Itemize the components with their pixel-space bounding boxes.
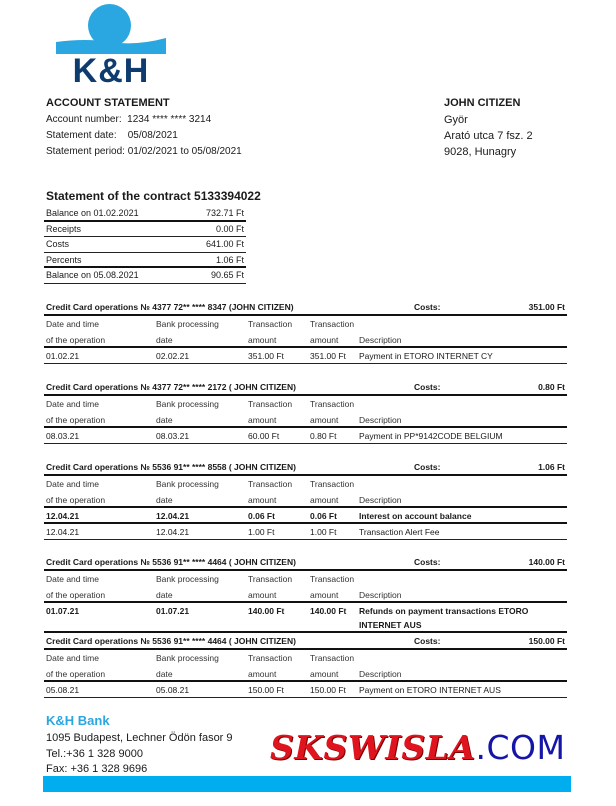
col-amount2-header-2: amount: [310, 590, 338, 600]
section-title: Credit Card operations № 4377 72** **** …: [46, 382, 296, 392]
col-amount-header: Transaction: [248, 479, 292, 489]
column-headers: Date and timeof the operationBank proces…: [44, 316, 567, 348]
col-amount-header: Transaction: [248, 399, 292, 409]
col-amount2-header: Transaction: [310, 574, 354, 584]
col-amount-header: Transaction: [248, 319, 292, 329]
cell-description: Payment in PP*9142CODE BELGIUM: [359, 431, 503, 441]
col-processing-header: Bank processing: [156, 319, 219, 329]
cell-date: 05.08.21: [46, 685, 79, 695]
col-amount-header: Transaction: [248, 653, 292, 663]
col-date-header: Date and time: [46, 574, 99, 584]
balance-label: Balance on 05.08.2021: [46, 268, 139, 283]
costs-label: Costs:: [414, 302, 440, 312]
balance-value: 90.65 Ft: [211, 268, 244, 283]
balance-row: Receipts0.00 Ft: [44, 222, 246, 238]
col-date-header: Date and time: [46, 479, 99, 489]
bank-tel: Tel.:+36 1 328 9000: [46, 747, 233, 763]
section-title: Credit Card operations № 5536 91** **** …: [46, 557, 296, 567]
statement-title: ACCOUNT STATEMENT: [46, 96, 242, 110]
cell-date: 01.02.21: [46, 351, 79, 361]
cell-amount: 1.00 Ft: [248, 527, 274, 537]
cell-amount2: 150.00 Ft: [310, 685, 346, 695]
costs-value: 140.00 Ft: [529, 557, 565, 567]
cell-amount2: 140.00 Ft: [310, 606, 346, 616]
section-header: Credit Card operations № 5536 91** **** …: [44, 555, 567, 571]
col-date-header-2: of the operation: [46, 415, 105, 425]
section-header: Credit Card operations № 5536 91** **** …: [44, 634, 567, 650]
cell-amount: 60.00 Ft: [248, 431, 279, 441]
costs-label: Costs:: [414, 382, 440, 392]
bank-address: 1095 Budapest, Lechner Ödön fasor 9: [46, 731, 233, 747]
section-header: Credit Card operations № 4377 72** **** …: [44, 300, 567, 316]
table-row: 08.03.2108.03.2160.00 Ft0.80 FtPayment i…: [44, 428, 567, 444]
col-amount2-header: Transaction: [310, 319, 354, 329]
col-processing-header-2: date: [156, 495, 173, 505]
balance-row: Balance on 01.02.2021732.71 Ft: [44, 206, 246, 222]
cell-description-2: INTERNET AUS: [359, 620, 422, 630]
col-amount-header-2: amount: [248, 495, 276, 505]
column-headers: Date and timeof the operationBank proces…: [44, 476, 567, 508]
card-section: Credit Card operations № 5536 91** **** …: [44, 555, 567, 633]
balance-row: Costs641.00 Ft: [44, 237, 246, 253]
logo-text: K&H: [56, 51, 166, 91]
customer-info: JOHN CITIZEN Györ Arató utca 7 fsz. 2 90…: [444, 96, 533, 160]
balance-label: Balance on 01.02.2021: [46, 206, 139, 220]
customer-name: JOHN CITIZEN: [444, 96, 533, 110]
section-title: Credit Card operations № 4377 72** **** …: [46, 302, 294, 312]
table-row: 01.02.2102.02.21351.00 Ft351.00 FtPaymen…: [44, 348, 567, 364]
col-date-header: Date and time: [46, 653, 99, 663]
table-row: 01.07.2101.07.21140.00 Ft140.00 FtRefund…: [44, 603, 567, 633]
cell-amount2: 0.80 Ft: [310, 431, 336, 441]
watermark: SKSWISLA.COM: [270, 728, 565, 767]
col-amount2-header: Transaction: [310, 399, 354, 409]
cell-processing: 02.02.21: [156, 351, 189, 361]
table-row: 12.04.2112.04.210.06 Ft0.06 FtInterest o…: [44, 508, 567, 524]
contract-title: Statement of the contract 5133394022: [46, 189, 261, 203]
col-description-header: Description: [359, 415, 402, 425]
table-row: 05.08.2105.08.21150.00 Ft150.00 FtPaymen…: [44, 682, 567, 698]
cell-processing: 01.07.21: [156, 606, 189, 616]
costs-value: 351.00 Ft: [529, 302, 565, 312]
column-headers: Date and timeof the operationBank proces…: [44, 571, 567, 603]
statement-date: Statement date: 05/08/2021: [46, 128, 242, 144]
balance-row: Balance on 05.08.202190.65 Ft: [44, 268, 246, 284]
section-title: Credit Card operations № 5536 91** **** …: [46, 462, 296, 472]
col-amount-header-2: amount: [248, 335, 276, 345]
col-description-header: Description: [359, 669, 402, 679]
balance-value: 641.00 Ft: [206, 237, 244, 252]
balance-label: Percents: [46, 253, 82, 267]
column-headers: Date and timeof the operationBank proces…: [44, 396, 567, 428]
cell-processing: 05.08.21: [156, 685, 189, 695]
table-row: 12.04.2112.04.211.00 Ft1.00 FtTransactio…: [44, 524, 567, 540]
card-section: Credit Card operations № 5536 91** **** …: [44, 460, 567, 540]
col-date-header-2: of the operation: [46, 335, 105, 345]
balance-value: 0.00 Ft: [216, 222, 244, 237]
cell-processing: 12.04.21: [156, 527, 189, 537]
col-processing-header-2: date: [156, 415, 173, 425]
costs-label: Costs:: [414, 636, 440, 646]
kh-logo: K&H: [56, 4, 166, 86]
cell-amount: 351.00 Ft: [248, 351, 284, 361]
col-description-header: Description: [359, 335, 402, 345]
costs-value: 1.06 Ft: [538, 462, 565, 472]
col-amount-header-2: amount: [248, 669, 276, 679]
col-amount-header-2: amount: [248, 415, 276, 425]
col-amount2-header-2: amount: [310, 669, 338, 679]
customer-city: Györ: [444, 112, 533, 128]
cell-date: 08.03.21: [46, 431, 79, 441]
balance-row: Percents1.06 Ft: [44, 253, 246, 269]
statement-period: Statement period: 01/02/2021 to 05/08/20…: [46, 144, 242, 160]
col-description-header: Description: [359, 495, 402, 505]
costs-value: 0.80 Ft: [538, 382, 565, 392]
col-amount-header: Transaction: [248, 574, 292, 584]
cell-processing: 08.03.21: [156, 431, 189, 441]
col-amount2-header: Transaction: [310, 653, 354, 663]
footer-band: [43, 776, 571, 792]
bank-name: K&H Bank: [46, 713, 110, 728]
col-date-header-2: of the operation: [46, 495, 105, 505]
col-processing-header-2: date: [156, 590, 173, 600]
cell-description: Interest on account balance: [359, 511, 471, 521]
card-section: Credit Card operations № 4377 72** **** …: [44, 300, 567, 364]
col-date-header: Date and time: [46, 319, 99, 329]
account-number: Account number: 1234 **** **** 3214: [46, 112, 242, 128]
balance-table: Balance on 01.02.2021732.71 FtReceipts0.…: [44, 206, 246, 284]
card-section: Credit Card operations № 5536 91** **** …: [44, 634, 567, 698]
cell-amount: 0.06 Ft: [248, 511, 275, 521]
cell-amount2: 1.00 Ft: [310, 527, 336, 537]
account-info: ACCOUNT STATEMENT Account number: 1234 *…: [46, 96, 242, 160]
balance-label: Receipts: [46, 222, 81, 237]
costs-label: Costs:: [414, 462, 440, 472]
cell-date: 01.07.21: [46, 606, 79, 616]
col-processing-header-2: date: [156, 335, 173, 345]
cell-amount2: 351.00 Ft: [310, 351, 346, 361]
col-date-header-2: of the operation: [46, 590, 105, 600]
column-headers: Date and timeof the operationBank proces…: [44, 650, 567, 682]
section-title: Credit Card operations № 5536 91** **** …: [46, 636, 296, 646]
balance-label: Costs: [46, 237, 69, 252]
section-header: Credit Card operations № 4377 72** **** …: [44, 380, 567, 396]
col-amount-header-2: amount: [248, 590, 276, 600]
col-processing-header: Bank processing: [156, 653, 219, 663]
cell-amount: 140.00 Ft: [248, 606, 284, 616]
section-header: Credit Card operations № 5536 91** **** …: [44, 460, 567, 476]
col-date-header-2: of the operation: [46, 669, 105, 679]
col-amount2-header: Transaction: [310, 479, 354, 489]
customer-street: Arató utca 7 fsz. 2: [444, 128, 533, 144]
col-date-header: Date and time: [46, 399, 99, 409]
col-processing-header-2: date: [156, 669, 173, 679]
cell-description: Payment in ETORO INTERNET CY: [359, 351, 493, 361]
cell-date: 12.04.21: [46, 527, 79, 537]
card-section: Credit Card operations № 4377 72** **** …: [44, 380, 567, 444]
col-amount2-header-2: amount: [310, 495, 338, 505]
cell-description: Payment on ETORO INTERNET AUS: [359, 685, 501, 695]
costs-label: Costs:: [414, 557, 440, 567]
col-amount2-header-2: amount: [310, 335, 338, 345]
cell-date: 12.04.21: [46, 511, 79, 521]
costs-value: 150.00 Ft: [529, 636, 565, 646]
bank-contact: 1095 Budapest, Lechner Ödön fasor 9 Tel.…: [46, 731, 233, 778]
cell-amount: 150.00 Ft: [248, 685, 284, 695]
cell-processing: 12.04.21: [156, 511, 189, 521]
col-processing-header: Bank processing: [156, 479, 219, 489]
balance-value: 1.06 Ft: [216, 253, 244, 267]
customer-postal: 9028, Hunagry: [444, 144, 533, 160]
col-processing-header: Bank processing: [156, 574, 219, 584]
cell-description: Refunds on payment transactions ETORO: [359, 606, 528, 616]
col-description-header: Description: [359, 590, 402, 600]
cell-description: Transaction Alert Fee: [359, 527, 439, 537]
col-amount2-header-2: amount: [310, 415, 338, 425]
col-processing-header: Bank processing: [156, 399, 219, 409]
balance-value: 732.71 Ft: [206, 206, 244, 220]
cell-amount2: 0.06 Ft: [310, 511, 337, 521]
